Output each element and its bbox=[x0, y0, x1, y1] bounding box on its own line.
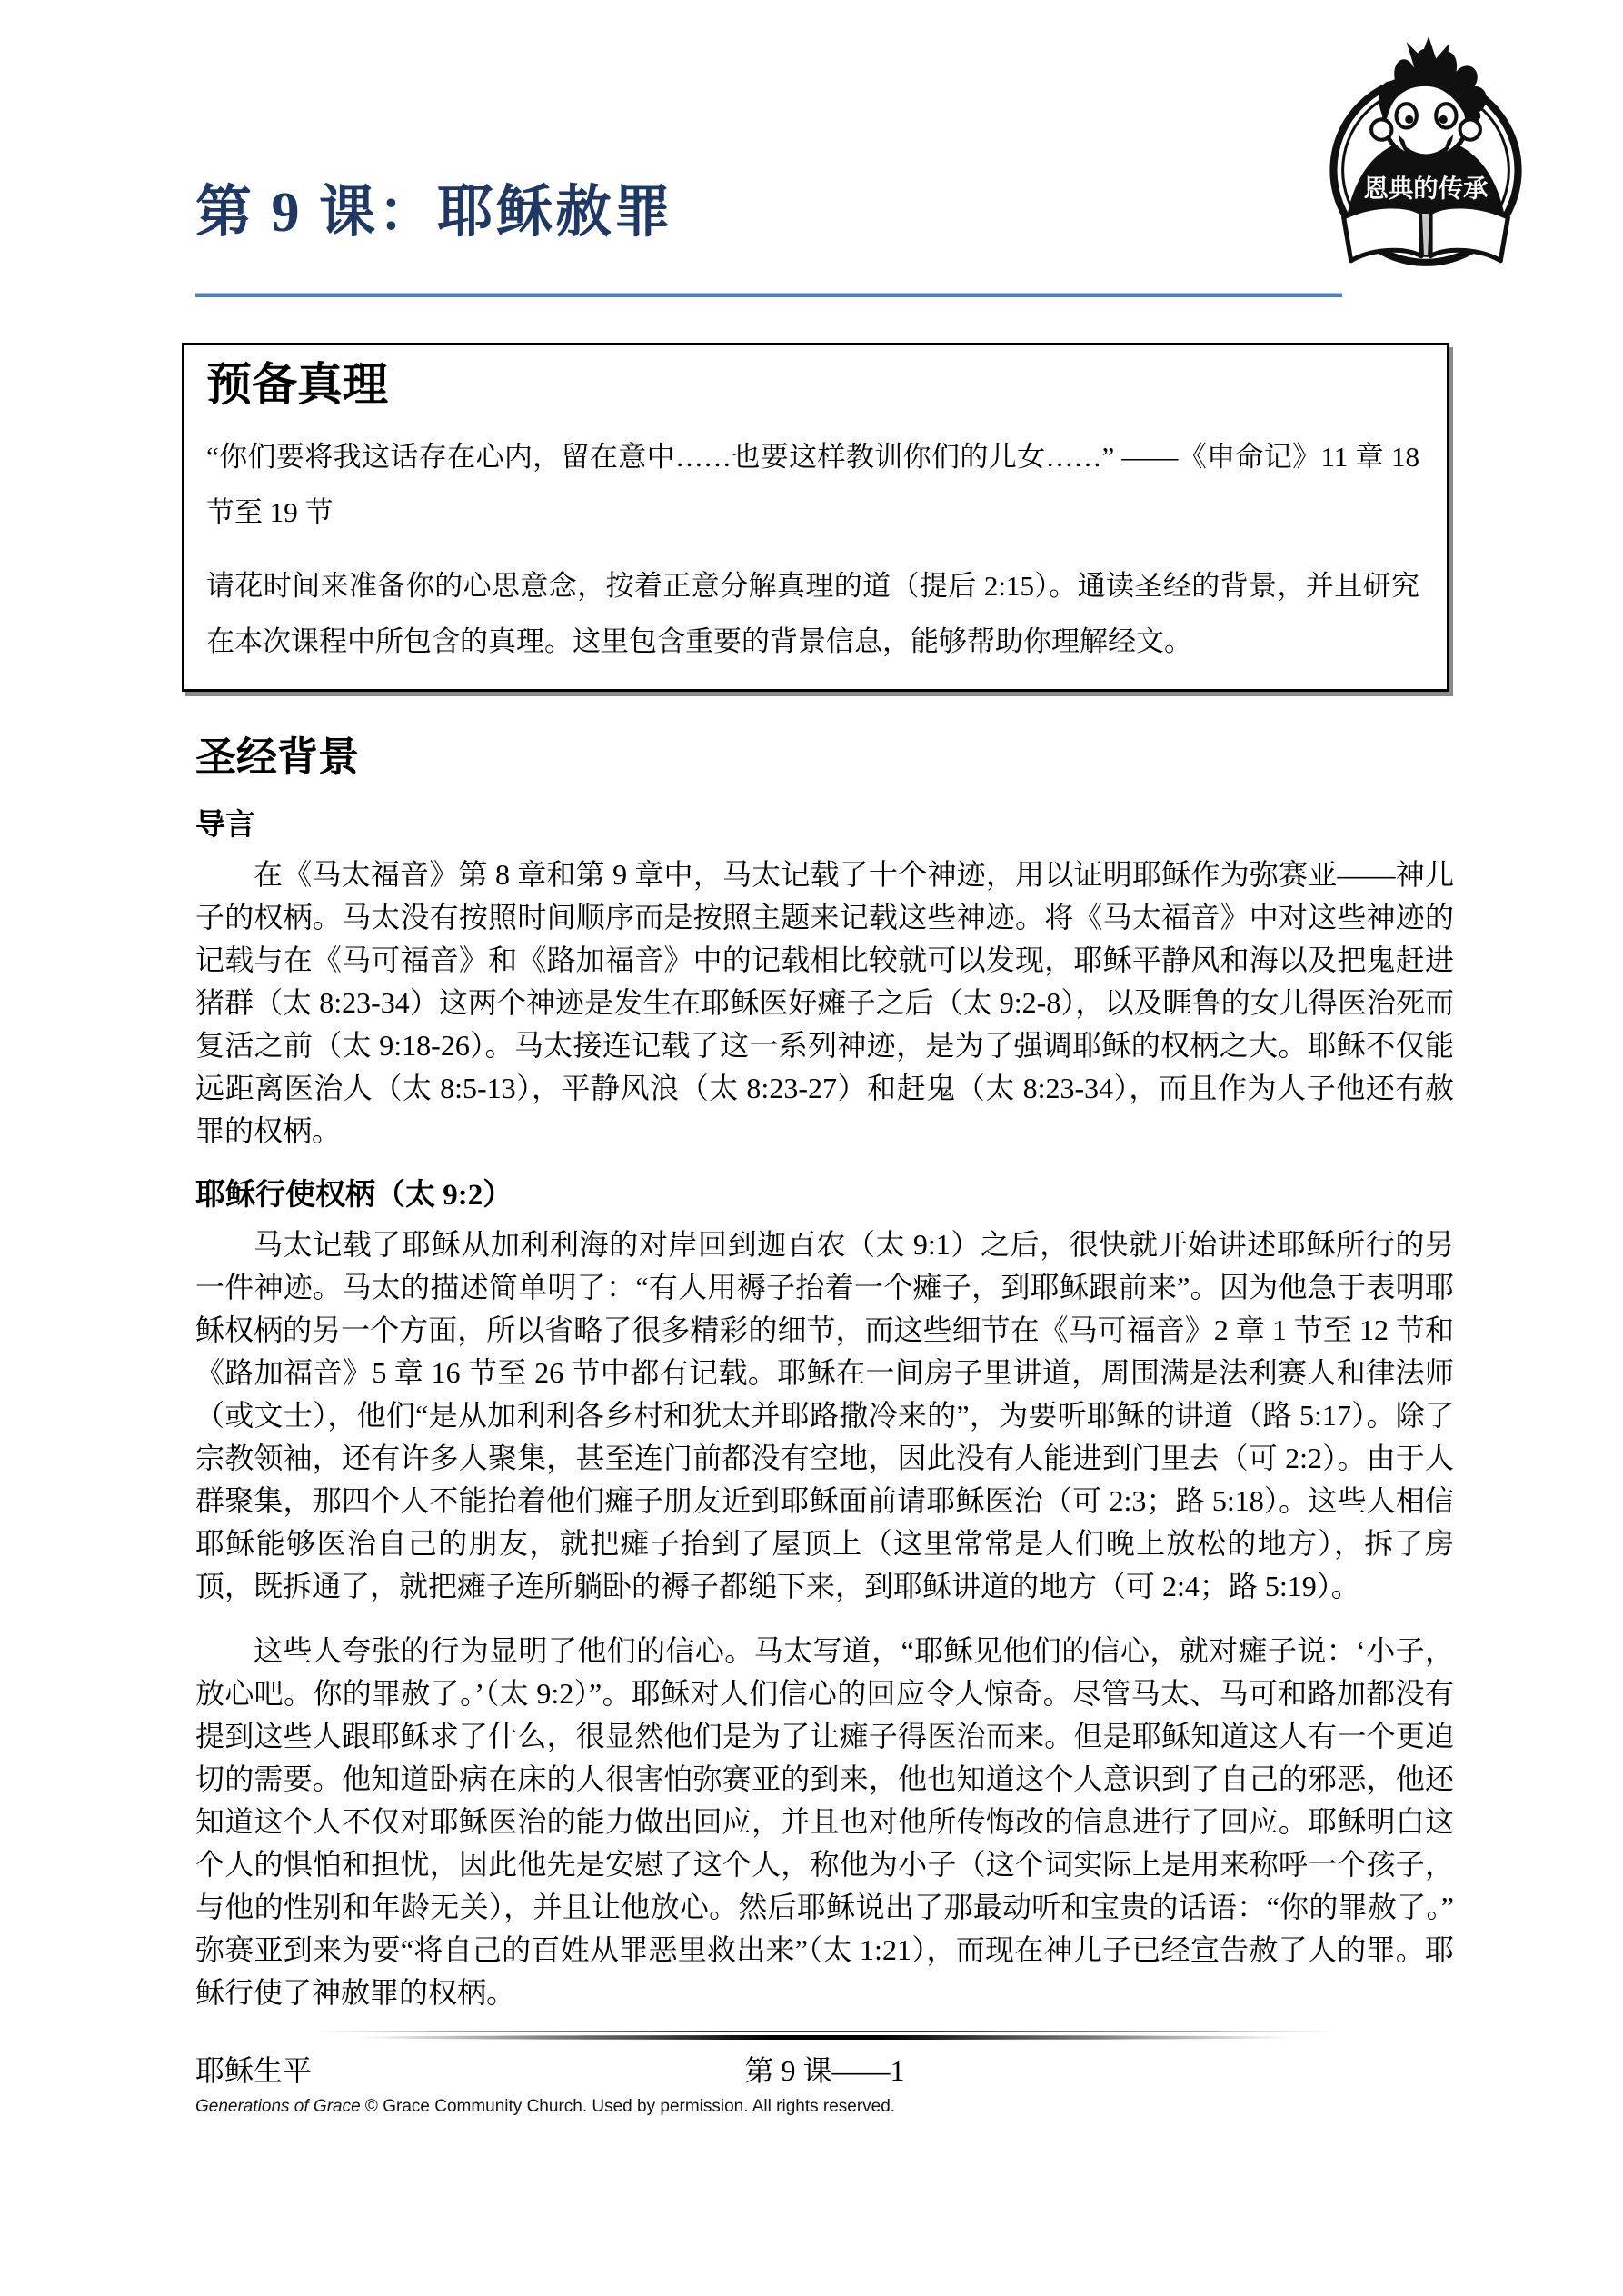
lesson-page: 第 9 课：耶稣赦罪 恩典的传承 bbox=[0, 0, 1623, 2296]
footer-divider-thin-line bbox=[316, 2031, 1334, 2032]
intro-subheading: 导言 bbox=[195, 806, 1454, 844]
page-title: 第 9 课：耶稣赦罪 bbox=[195, 180, 1454, 245]
boy-ear-right bbox=[1460, 119, 1480, 139]
boy-hair-spikes bbox=[1407, 36, 1449, 65]
boy-ear-left bbox=[1371, 119, 1391, 139]
footer-page-number: 第 9 课——1 bbox=[195, 2051, 1454, 2091]
prepare-truth-box: 预备真理 “你们要将我这话存在心内，留在意中……也要这样教训你们的儿女……” —… bbox=[182, 343, 1449, 692]
boy-eye-left bbox=[1397, 104, 1417, 127]
logo-graphic: 恩典的传承 bbox=[1310, 35, 1541, 273]
prepare-truth-instructions: 请花时间来准备你的心思意念，按着正意分解真理的道（提后 2:15）。通读圣经的背… bbox=[206, 558, 1419, 669]
book-left-page bbox=[1344, 206, 1421, 261]
boy-eye-right bbox=[1436, 104, 1456, 127]
logo-text: 恩典的传承 bbox=[1363, 175, 1489, 203]
book-spine bbox=[1421, 213, 1430, 256]
bible-background-heading: 圣经背景 bbox=[195, 732, 1454, 783]
boy-pupil-right bbox=[1439, 115, 1448, 124]
authority-paragraph-2: 这些人夸张的行为显明了他们的信心。马太写道，“耶稣见他们的信心，就对瘫子说：‘小… bbox=[195, 1630, 1454, 2014]
authority-paragraph-1: 马太记载了耶稣从加利利海的对岸回到迦百农（太 9:1）之后，很快就开始讲述耶稣所… bbox=[195, 1223, 1454, 1608]
footer-divider bbox=[316, 2031, 1334, 2040]
prepare-truth-quote: “你们要将我这话存在心内，留在意中……也要这样教训你们的儿女……” ——《申命记… bbox=[206, 429, 1419, 540]
copyright-brand: Generations of Grace bbox=[195, 2097, 361, 2116]
footer-line: 耶稣生平 第 9 课——1 bbox=[195, 2051, 1454, 2091]
copyright-text: © Grace Community Church. Used by permis… bbox=[361, 2097, 895, 2116]
footer-divider-thick-line bbox=[316, 2035, 1334, 2040]
authority-subheading: 耶稣行使权柄（太 9:2） bbox=[195, 1176, 1454, 1214]
book-right-page bbox=[1430, 206, 1508, 261]
boy-pupil-left bbox=[1405, 115, 1413, 124]
intro-paragraph: 在《马太福音》第 8 章和第 9 章中，马太记载了十个神迹，用以证明耶稣作为弥赛… bbox=[195, 854, 1454, 1153]
prepare-truth-heading: 预备真理 bbox=[206, 358, 1419, 411]
title-underline-rule bbox=[195, 293, 1342, 297]
copyright-line: Generations of Grace © Grace Community C… bbox=[195, 2096, 1454, 2118]
generations-of-grace-logo: 恩典的传承 bbox=[1310, 35, 1541, 273]
